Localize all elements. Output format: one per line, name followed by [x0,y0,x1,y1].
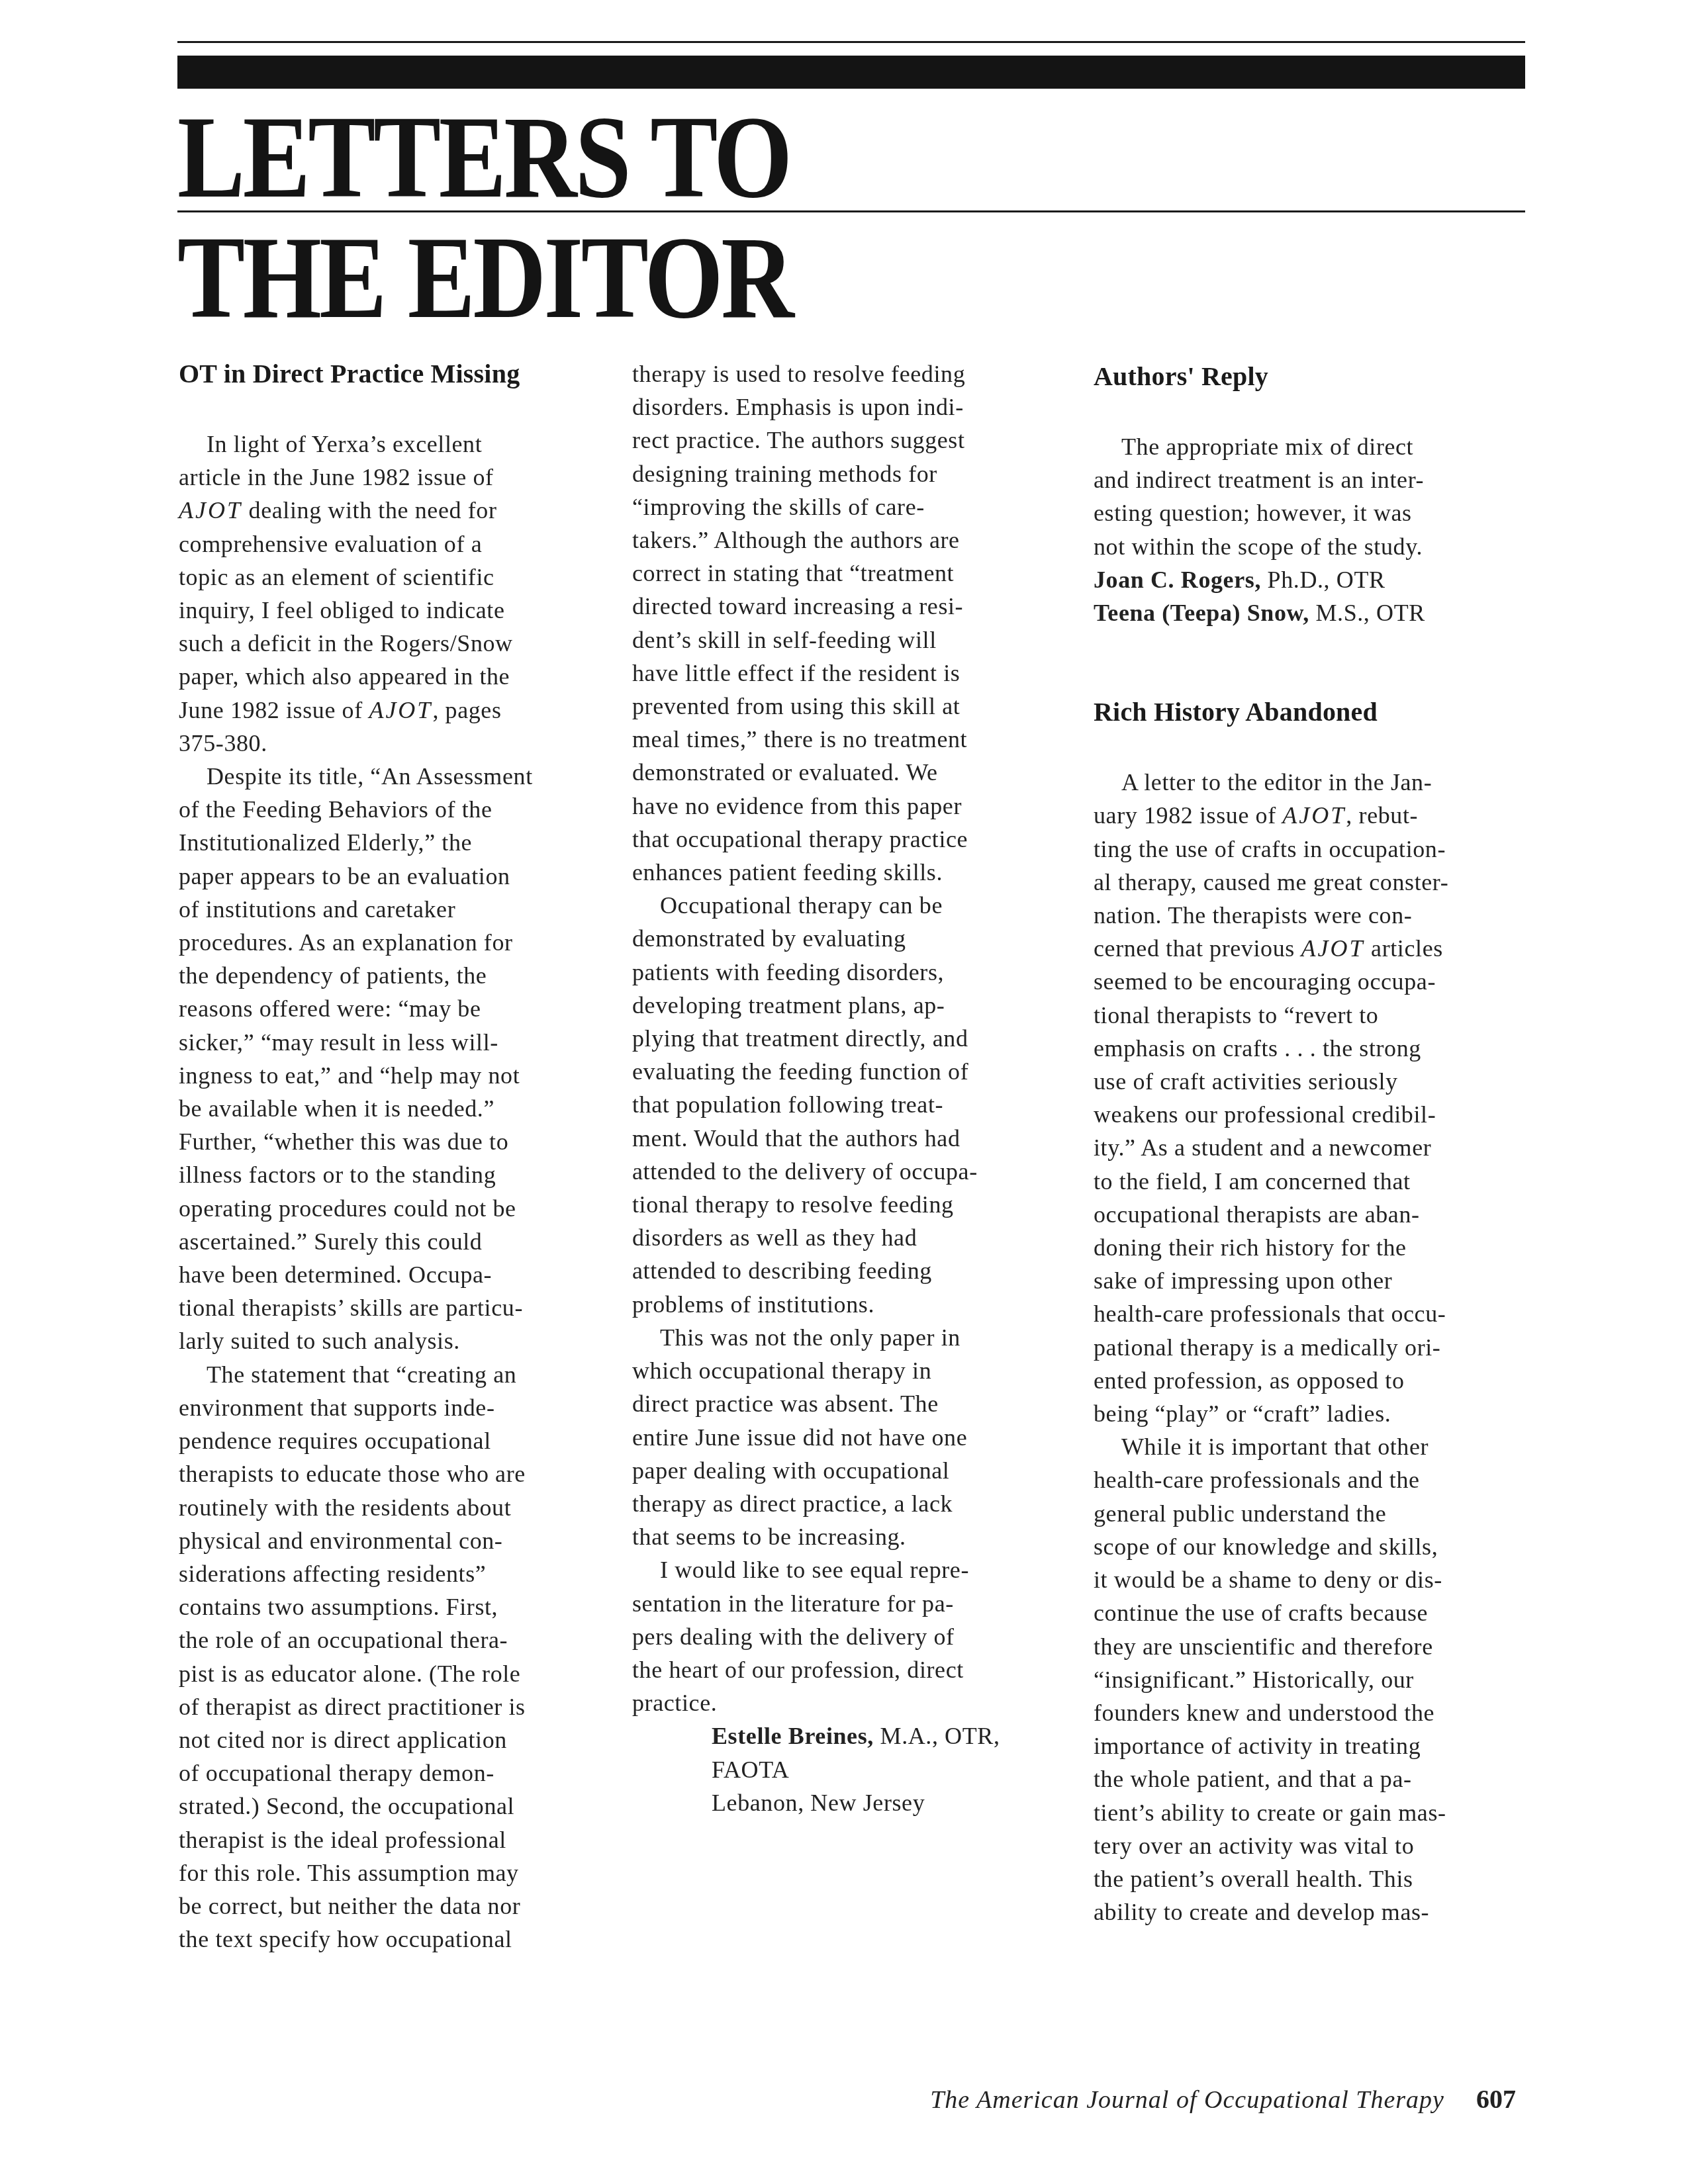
text-line: occupational therapists are aban- [1094,1198,1524,1231]
authors-reply-body: The appropriate mix of directand indirec… [1094,430,1524,563]
text-line: plying that treatment directly, and [632,1022,1056,1055]
text-line: the dependency of patients, the [179,959,602,992]
text-line: that occupational therapy practice [632,823,1056,856]
page-number: 607 [1476,2084,1516,2114]
text-line: paper, which also appeared in the [179,660,602,693]
text-line: of therapist as direct practitioner is [179,1690,602,1723]
text-line: reasons offered were: “may be [179,992,602,1025]
column-3: Authors' Reply The appropriate mix of di… [1094,357,1524,1929]
text-line: routinely with the residents about [179,1491,602,1524]
letter-title-authors-reply: Authors' Reply [1094,360,1524,393]
text-line: that seems to be increasing. [632,1520,1056,1553]
text-line: The statement that “creating an [179,1358,602,1391]
text-line: health-care professionals that occu- [1094,1297,1524,1330]
text-line: pers dealing with the delivery of [632,1620,1056,1653]
text-line: being “play” or “craft” ladies. [1094,1397,1524,1430]
text-line: inquiry, I feel obliged to indicate [179,594,602,627]
text-line: be correct, but neither the data nor [179,1889,602,1923]
text-line: topic as an element of scientific [179,561,602,594]
text-line: have little effect if the resident is [632,657,1056,690]
text-line: article in the June 1982 issue of [179,461,602,494]
text-line: emphasis on crafts . . . the strong [1094,1032,1524,1065]
text-line: takers.” Although the authors are [632,523,1056,557]
text-line: evaluating the feeding function of [632,1055,1056,1088]
text-line: founders knew and understood the [1094,1696,1524,1729]
text-line: The appropriate mix of direct [1094,430,1524,463]
text-line: enhances patient feeding skills. [632,856,1056,889]
masthead-line-1: LETTERS TO [177,98,790,216]
text-line: ented profession, as opposed to [1094,1364,1524,1397]
text-line: use of craft activities seriously [1094,1065,1524,1098]
text-line: that population following treat- [632,1088,1056,1121]
text-line: developing treatment plans, ap- [632,989,1056,1022]
text-line: the role of an occupational thera- [179,1623,602,1657]
text-line: therapist is the ideal professional [179,1823,602,1856]
rich-history-body: A letter to the editor in the Jan-uary 1… [1094,766,1524,1929]
text-line: paper appears to be an evaluation [179,860,602,893]
column-2: therapy is used to resolve feedingdisord… [632,357,1056,1819]
text-line: While it is important that other [1094,1430,1524,1463]
text-line: weakens our professional credibil- [1094,1098,1524,1131]
text-line: AJOT dealing with the need for [179,494,602,527]
text-line: be available when it is needed.” [179,1092,602,1125]
text-line: contains two assumptions. First, [179,1590,602,1623]
text-line: rect practice. The authors suggest [632,424,1056,457]
text-line: doning their rich history for the [1094,1231,1524,1264]
text-line: prevented from using this skill at [632,690,1056,723]
signature-rogers: Joan C. Rogers, Ph.D., OTR [1094,563,1524,596]
text-line: I would like to see equal repre- [632,1553,1056,1586]
text-line: “improving the skills of care- [632,490,1056,523]
text-line: continue the use of crafts because [1094,1596,1524,1629]
text-line: sicker,” “may result in less will- [179,1026,602,1059]
text-line: the whole patient, and that a pa- [1094,1762,1524,1796]
text-line: disorders as well as they had [632,1221,1056,1254]
text-line: practice. [632,1686,1056,1719]
text-line: correct in stating that “treatment [632,557,1056,590]
text-line: sake of impressing upon other [1094,1264,1524,1297]
text-line: tional therapists to “revert to [1094,999,1524,1032]
text-line: pendence requires occupational [179,1424,602,1457]
text-line: therapy is used to resolve feeding [632,357,1056,390]
text-line: and indirect treatment is an inter- [1094,463,1524,496]
text-line: cerned that previous AJOT articles [1094,932,1524,965]
text-line: of the Feeding Behaviors of the [179,793,602,826]
text-line: health-care professionals and the [1094,1463,1524,1496]
text-line: attended to the delivery of occupa- [632,1155,1056,1188]
text-line: ting the use of crafts in occupation- [1094,833,1524,866]
text-line: for this role. This assumption may [179,1856,602,1889]
text-line: ingness to eat,” and “help may not [179,1059,602,1092]
text-line: This was not the only paper in [632,1321,1056,1354]
text-line: meal times,” there is no treatment [632,723,1056,756]
text-line: the text specify how occupational [179,1923,602,1956]
text-line: scope of our knowledge and skills, [1094,1530,1524,1563]
text-line: demonstrated or evaluated. We [632,756,1056,789]
text-line: which occupational therapy in [632,1354,1056,1387]
text-line: siderations affecting residents” [179,1557,602,1590]
text-line: directed toward increasing a resi- [632,590,1056,623]
top-rule [177,41,1525,43]
text-line: of occupational therapy demon- [179,1756,602,1790]
text-line: attended to describing feeding [632,1254,1056,1287]
text-line: general public understand the [1094,1497,1524,1530]
text-line: nation. The therapists were con- [1094,899,1524,932]
text-line: 375-380. [179,727,602,760]
text-line: operating procedures could not be [179,1192,602,1225]
text-line: larly suited to such analysis. [179,1324,602,1357]
text-line: procedures. As an explanation for [179,926,602,959]
text-line: tional therapy to resolve feeding [632,1188,1056,1221]
letter-1-body: In light of Yerxa’s excellentarticle in … [179,428,602,1956]
text-line: tional therapists’ skills are particu- [179,1291,602,1324]
text-line: entire June issue did not have one [632,1421,1056,1454]
text-line: Occupational therapy can be [632,889,1056,922]
text-line: tient’s ability to create or gain mas- [1094,1796,1524,1829]
text-line: illness factors or to the standing [179,1158,602,1191]
text-line: not cited nor is direct application [179,1723,602,1756]
letter-title-ot-direct-practice: OT in Direct Practice Missing [179,357,602,390]
signature-credentials: M.S., OTR [1315,600,1425,626]
signature-snow: Teena (Teepa) Snow, M.S., OTR [1094,596,1524,629]
text-line: disorders. Emphasis is upon indi- [632,390,1056,424]
masthead-line-2: THE EDITOR [177,218,792,336]
text-line: seemed to be encouraging occupa- [1094,965,1524,998]
text-line: Further, “whether this was due to [179,1125,602,1158]
text-line: environment that supports inde- [179,1391,602,1424]
text-line: ity.” As a student and a newcomer [1094,1131,1524,1164]
text-line: ascertained.” Surely this could [179,1225,602,1258]
text-line: designing training methods for [632,457,1056,490]
text-line: problems of institutions. [632,1288,1056,1321]
text-line: physical and environmental con- [179,1524,602,1557]
text-line: have no evidence from this paper [632,790,1056,823]
text-line: “insignificant.” Historically, our [1094,1663,1524,1696]
page-footer: The American Journal of Occupational The… [930,2083,1516,2115]
masthead-bar [177,56,1525,89]
text-line: Despite its title, “An Assessment [179,760,602,793]
text-line: uary 1982 issue of AJOT, rebut- [1094,799,1524,832]
signature-credentials: Ph.D., OTR [1268,567,1385,593]
text-line: therapists to educate those who are [179,1457,602,1490]
signature-name: Teena (Teepa) Snow, [1094,600,1309,626]
text-line: ability to create and develop mas- [1094,1895,1524,1929]
letter-title-rich-history: Rich History Abandoned [1094,696,1524,729]
text-line: A letter to the editor in the Jan- [1094,766,1524,799]
text-line: therapy as direct practice, a lack [632,1487,1056,1520]
text-line: sentation in the literature for pa- [632,1587,1056,1620]
text-line: not within the scope of the study. [1094,530,1524,563]
text-line: esting question; however, it was [1094,496,1524,529]
text-line: dent’s skill in self-feeding will [632,623,1056,657]
text-line: In light of Yerxa’s excellent [179,428,602,461]
letter-1-body-continued: therapy is used to resolve feedingdisord… [632,357,1056,1719]
text-line: such a deficit in the Rogers/Snow [179,627,602,660]
journal-name: The American Journal of Occupational The… [930,2086,1444,2114]
text-line: they are unscientific and therefore [1094,1630,1524,1663]
text-line: have been determined. Occupa- [179,1258,602,1291]
text-line: demonstrated by evaluating [632,922,1056,955]
text-line: strated.) Second, the occupational [179,1790,602,1823]
text-line: tery over an activity was vital to [1094,1829,1524,1862]
text-line: Institutionalized Elderly,” the [179,826,602,859]
signature-location: Lebanon, New Jersey [712,1786,1056,1819]
text-line: June 1982 issue of AJOT, pages [179,694,602,727]
signature-block-breines: Estelle Breines, M.A., OTR, FAOTA Lebano… [632,1719,1056,1819]
text-line: ment. Would that the authors had [632,1122,1056,1155]
text-line: pational therapy is a medically ori- [1094,1331,1524,1364]
text-line: direct practice was absent. The [632,1387,1056,1420]
text-line: the patient’s overall health. This [1094,1862,1524,1895]
text-line: pist is as educator alone. (The role [179,1657,602,1690]
text-line: it would be a shame to deny or dis- [1094,1563,1524,1596]
signature-name: Estelle Breines, [712,1723,874,1749]
text-line: comprehensive evaluation of a [179,527,602,561]
text-line: paper dealing with occupational [632,1454,1056,1487]
signature-credentials: M.A., OTR, [880,1723,1000,1749]
text-line: the heart of our profession, direct [632,1653,1056,1686]
column-1: OT in Direct Practice Missing In light o… [179,357,602,1956]
text-line: al therapy, caused me great conster- [1094,866,1524,899]
text-line: of institutions and caretaker [179,893,602,926]
text-line: importance of activity in treating [1094,1729,1524,1762]
text-line: patients with feeding disorders, [632,956,1056,989]
signature-credentials-2: FAOTA [712,1753,1056,1786]
text-line: to the field, I am concerned that [1094,1165,1524,1198]
signature-name: Joan C. Rogers, [1094,567,1261,593]
